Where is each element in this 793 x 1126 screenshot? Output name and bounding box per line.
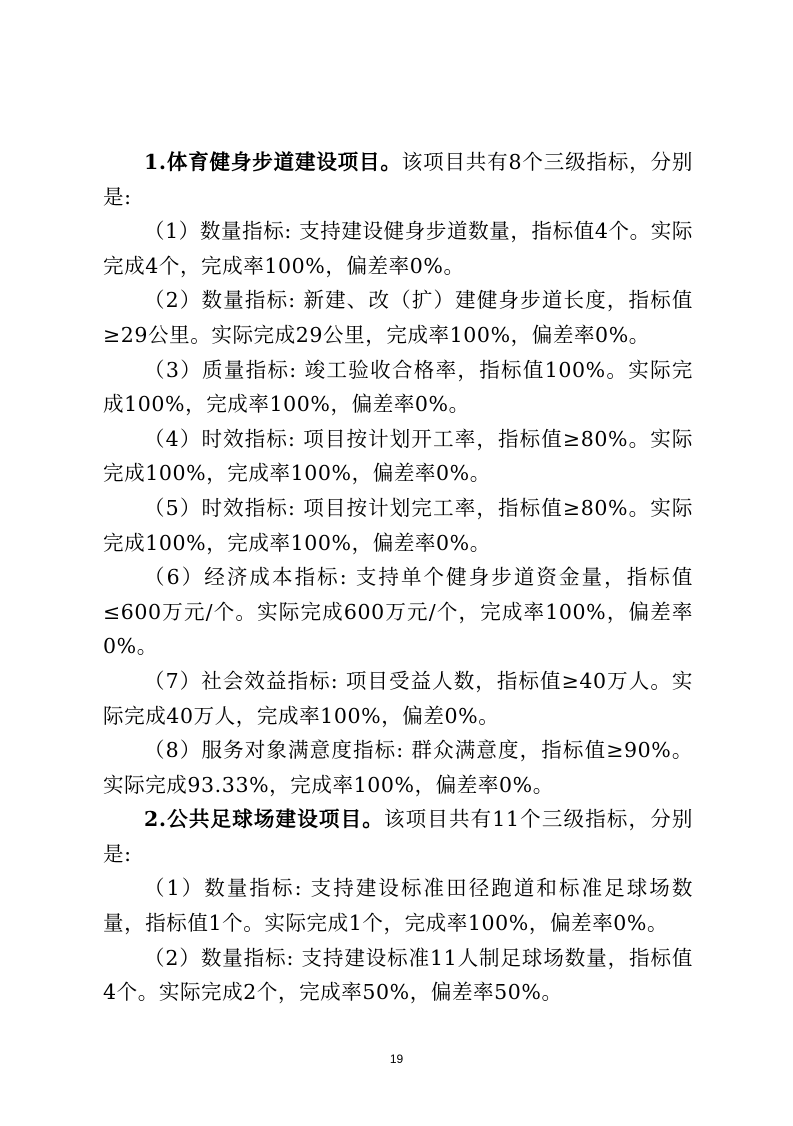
section-2-item-2: （2）数量指标: 支持建设标准11人制足球场数量，指标值4个。实际完成2个，完成…	[103, 941, 693, 1010]
document-page: 1.体育健身步道建设项目。该项目共有8个三级指标，分别是: （1）数量指标: 支…	[103, 145, 693, 1010]
section-1-item-8: （8）服务对象满意度指标: 群众满意度，指标值≥90%。实际完成93.33%，完…	[103, 733, 693, 802]
section-2-heading-paragraph: 2.公共足球场建设项目。该项目共有11个三级指标，分别是:	[103, 802, 693, 871]
section-1-item-1: （1）数量指标: 支持建设健身步道数量，指标值4个。实际完成4个，完成率100%…	[103, 214, 693, 283]
section-2-heading: 2.公共足球场建设项目。	[144, 807, 384, 831]
section-1-item-7: （7）社会效益指标: 项目受益人数，指标值≥40万人。实际完成40万人，完成率1…	[103, 664, 693, 733]
section-1-heading: 1.体育健身步道建设项目。	[144, 150, 402, 174]
section-1-heading-paragraph: 1.体育健身步道建设项目。该项目共有8个三级指标，分别是:	[103, 145, 693, 214]
section-1-item-4: （4）时效指标: 项目按计划开工率，指标值≥80%。实际完成100%，完成率10…	[103, 422, 693, 491]
section-1-item-2: （2）数量指标: 新建、改（扩）建健身步道长度，指标值≥29公里。实际完成29公…	[103, 283, 693, 352]
section-1-item-5: （5）时效指标: 项目按计划完工率，指标值≥80%。实际完成100%，完成率10…	[103, 491, 693, 560]
section-1-item-6: （6）经济成本指标: 支持单个健身步道资金量，指标值≤600万元/个。实际完成6…	[103, 560, 693, 664]
section-1-item-3: （3）质量指标: 竣工验收合格率，指标值100%。实际完成100%，完成率100…	[103, 353, 693, 422]
section-2-item-1: （1）数量指标: 支持建设标准田径跑道和标准足球场数量，指标值1个。实际完成1个…	[103, 871, 693, 940]
page-number: 19	[0, 1052, 793, 1066]
